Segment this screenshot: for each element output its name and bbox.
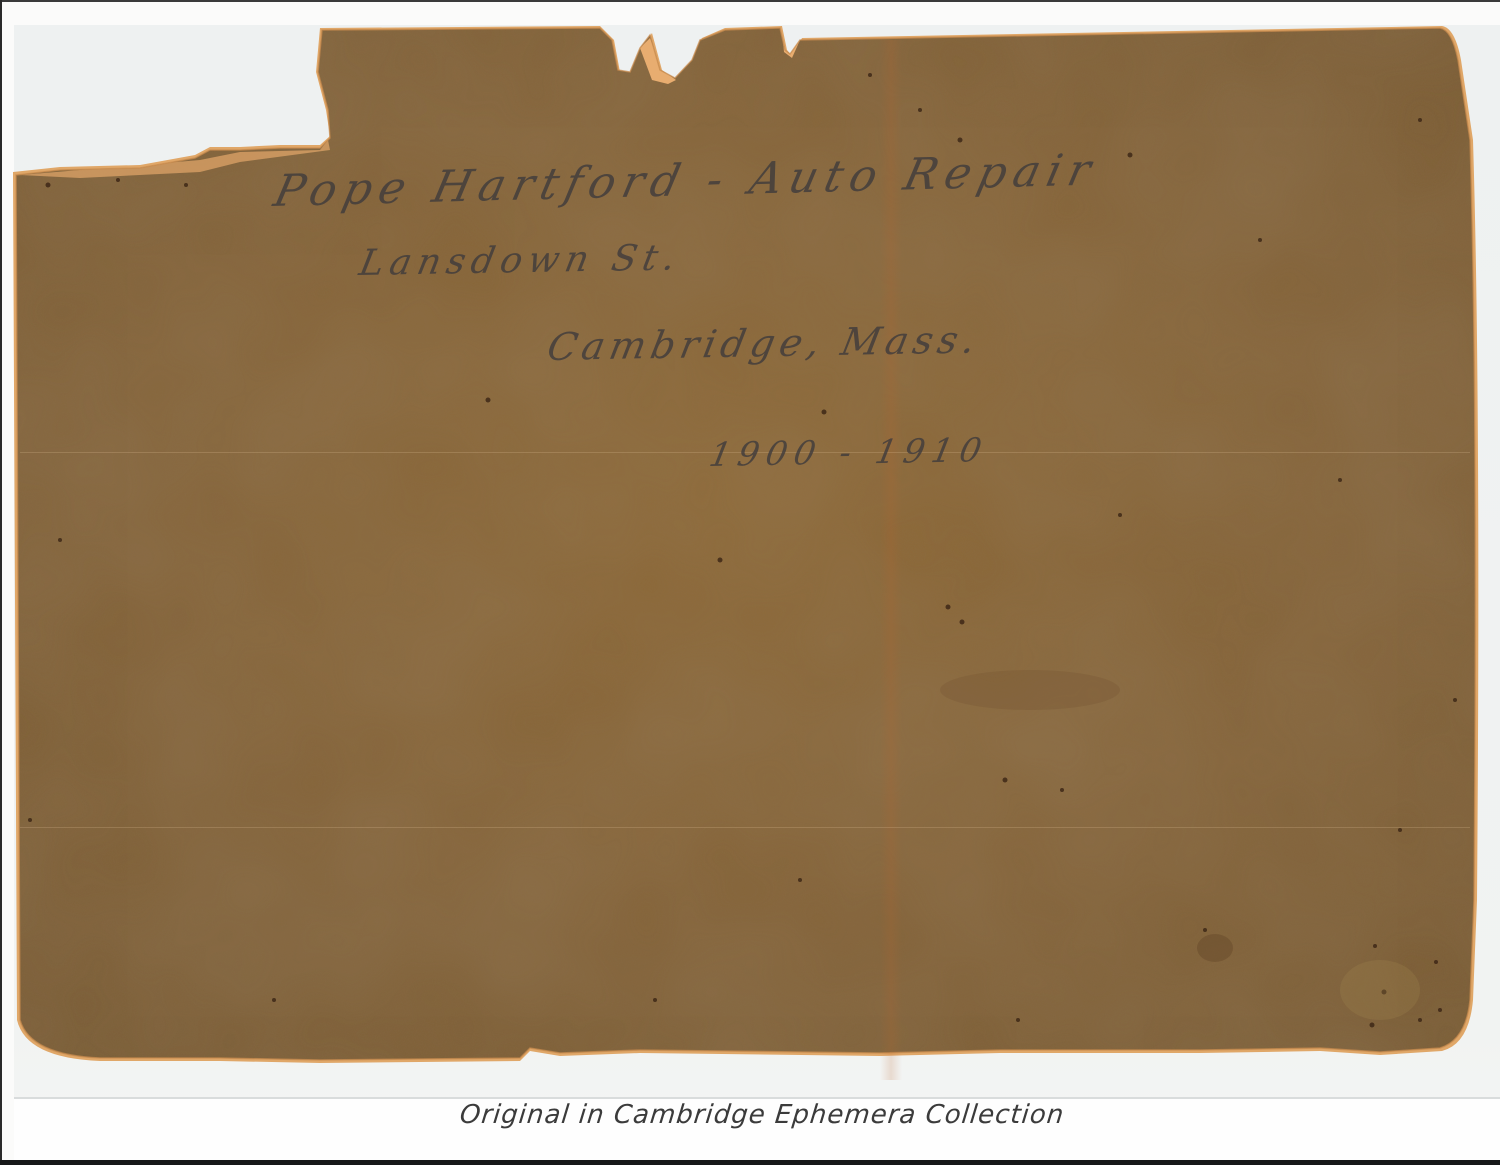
handwritten-street: Lansdown St. bbox=[356, 237, 685, 284]
handwritten-city: Cambridge, Mass. bbox=[544, 317, 984, 369]
collection-caption: Original in Cambridge Ephemera Collectio… bbox=[458, 1100, 1065, 1130]
handwritten-date-range: 1900 - 1910 bbox=[706, 430, 992, 474]
archival-card: Pope Hartford - Auto Repair Lansdown St.… bbox=[0, 0, 1500, 1165]
scan-artifact-line bbox=[20, 827, 1470, 828]
